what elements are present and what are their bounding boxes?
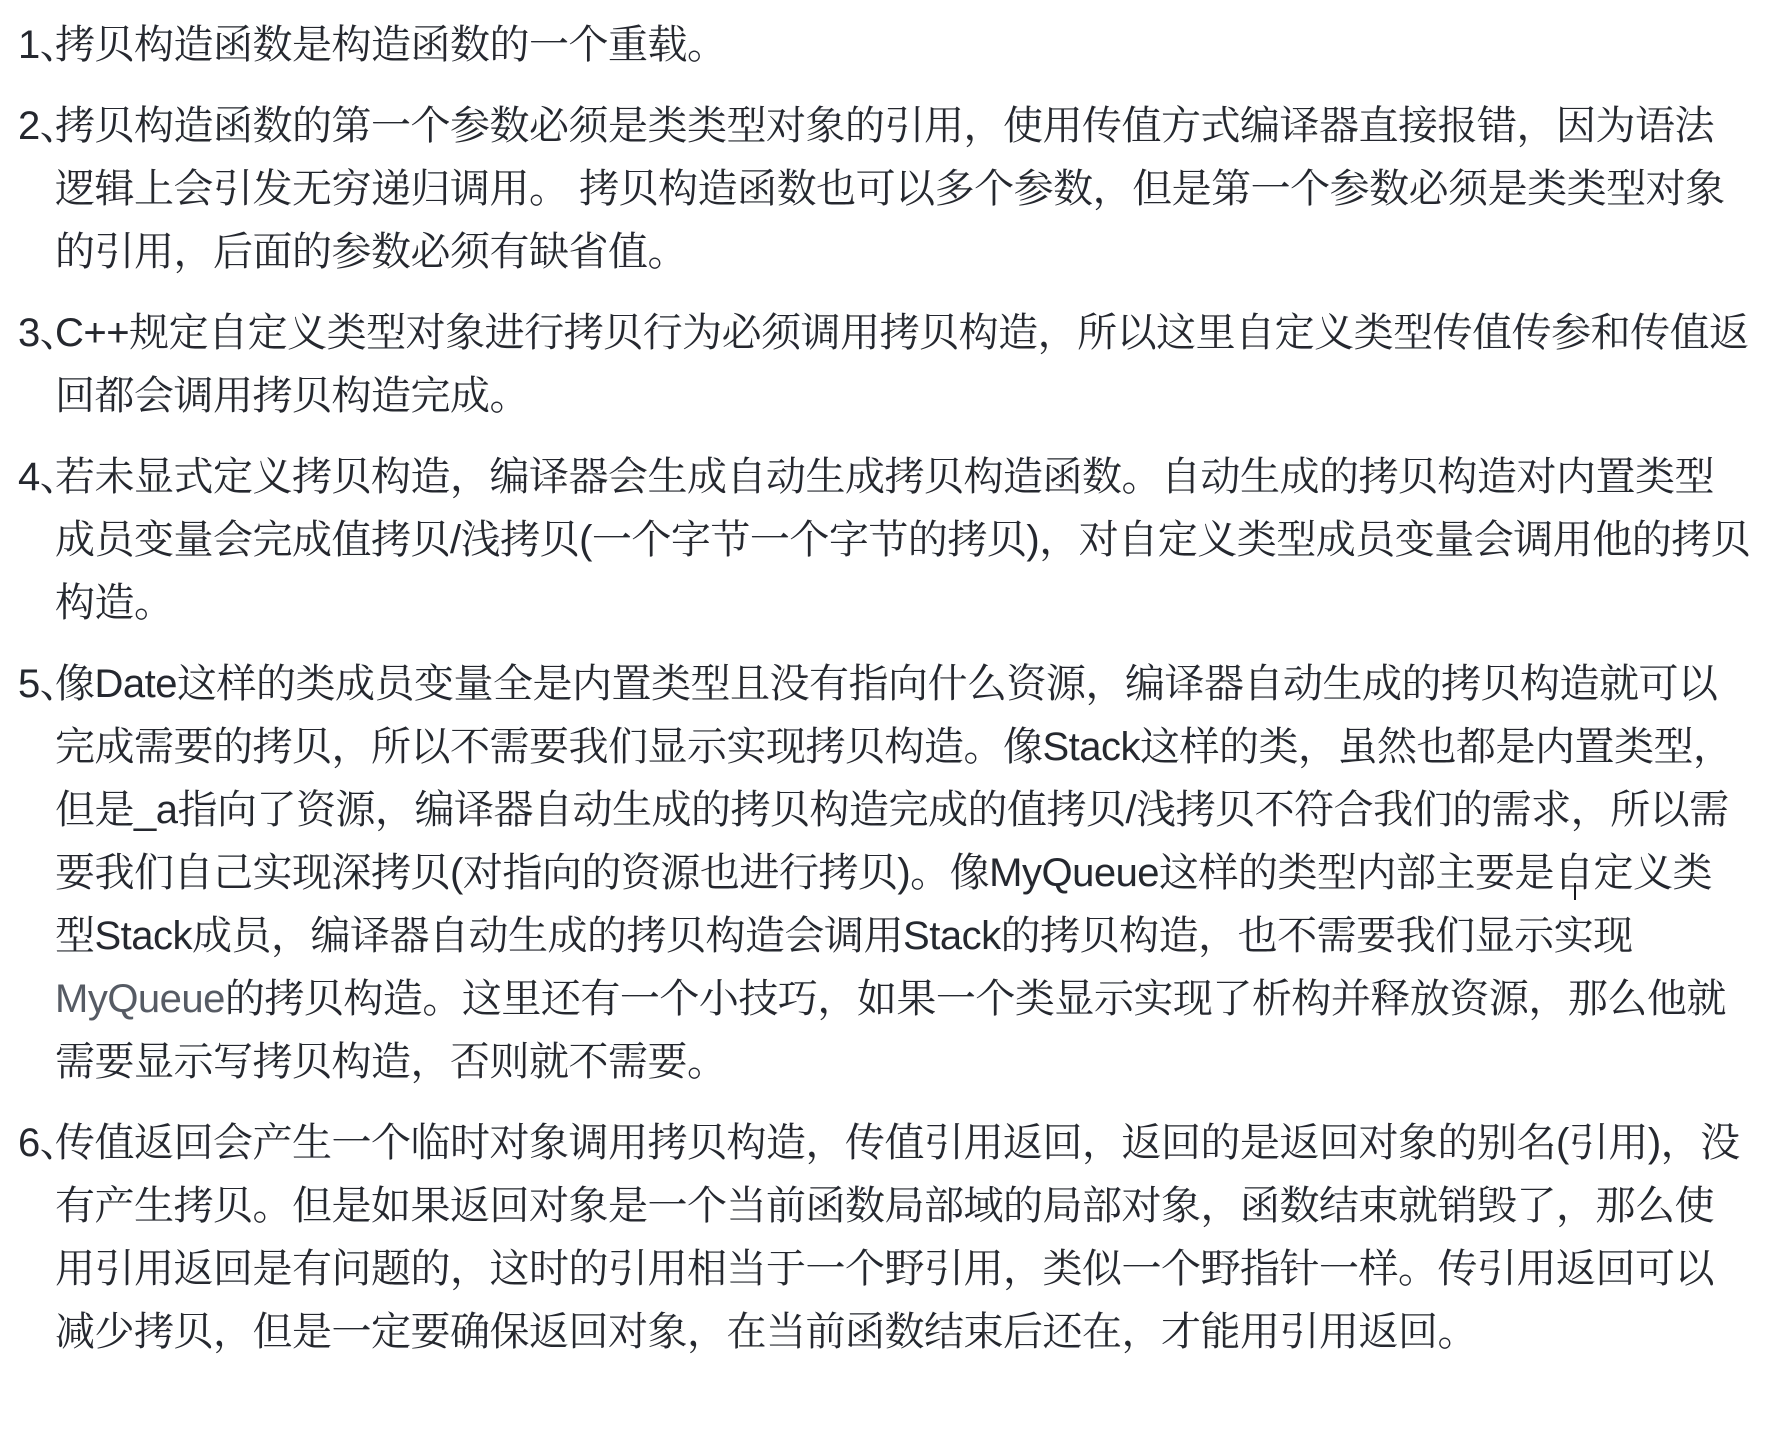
list-item-text: 拷贝构造函数的第一个参数必须是类类型对象的引用，使用传值方式编译器直接报错，因为… [55, 104, 1725, 274]
list-item-4: 4、若未显式定义拷贝构造，编译器会生成自动生成拷贝构造函数。自动生成的拷贝构造对… [18, 446, 1751, 635]
list-item-text: 传值返回会产生一个临时对象调用拷贝构造，传值引用返回，返回的是返回对象的别名(引… [55, 1121, 1740, 1354]
list-item-2: 2、拷贝构造函数的第一个参数必须是类类型对象的引用，使用传值方式编译器直接报错，… [18, 95, 1751, 284]
list-item-text: 拷贝构造函数是构造函数的一个重载。 [55, 23, 727, 67]
notes-document[interactable]: 1、拷贝构造函数是构造函数的一个重载。 2、拷贝构造函数的第一个参数必须是类类型… [0, 0, 1781, 1454]
list-item-text: 像Date这样的类成员变量全是内置类型且没有指向什么资源，编译器自动生成的拷贝构… [55, 662, 1733, 958]
list-item-number: 3、 [18, 302, 55, 365]
list-item-number: 6、 [18, 1112, 55, 1175]
list-item-1: 1、拷贝构造函数是构造函数的一个重载。 [18, 14, 1751, 77]
composing-text: MyQueue [55, 977, 225, 1021]
list-item-5: 5、像Date这样的类成员变量全是内置类型且没有指向什么资源，编译器自动生成的拷… [18, 653, 1751, 1094]
list-item-number: 4、 [18, 446, 55, 509]
list-item-3: 3、C++规定自定义类型对象进行拷贝行为必须调用拷贝构造，所以这里自定义类型传值… [18, 302, 1751, 428]
document-page: { "document": { "items": [ { "num": "1、"… [0, 0, 1781, 1454]
list-item-text: 的拷贝构造。这里还有一个小技巧，如果一个类显示实现了析构并释放资源，那么他就需要… [55, 977, 1726, 1084]
list-item-number: 2、 [18, 95, 55, 158]
list-item-text: 若未显式定义拷贝构造，编译器会生成自动生成拷贝构造函数。自动生成的拷贝构造对内置… [55, 455, 1750, 625]
text-cursor [1574, 883, 1576, 900]
list-item-number: 1、 [18, 14, 55, 77]
list-item-text: C++规定自定义类型对象进行拷贝行为必须调用拷贝构造，所以这里自定义类型传值传参… [55, 311, 1749, 418]
list-item-6: 6、传值返回会产生一个临时对象调用拷贝构造，传值引用返回，返回的是返回对象的别名… [18, 1112, 1751, 1364]
list-item-number: 5、 [18, 653, 55, 716]
